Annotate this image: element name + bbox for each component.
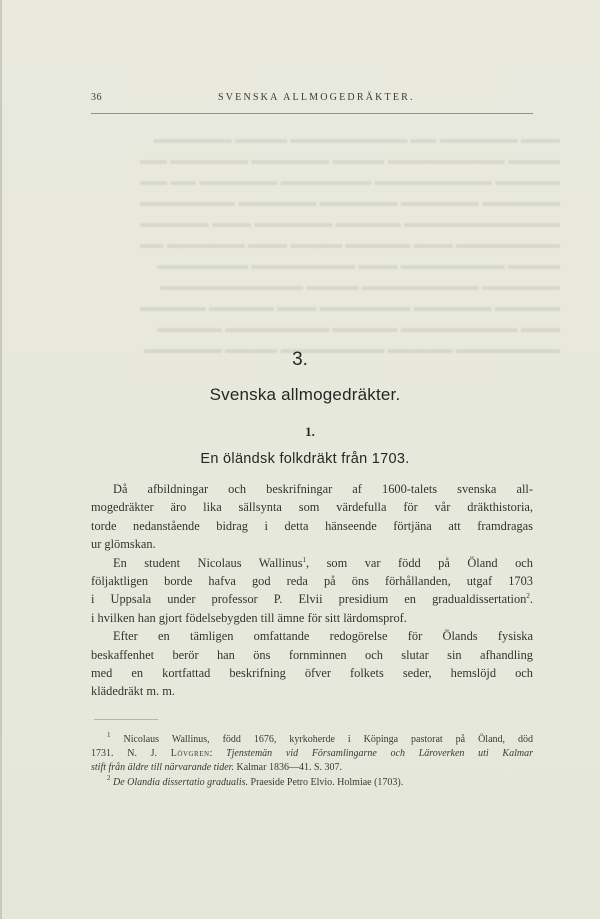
- chapter-title: Svenska allmogedräkter.: [0, 385, 600, 405]
- text-fragment: .: [530, 592, 533, 606]
- section-number: 1.: [0, 424, 600, 440]
- text-line: En student Nicolaus Wallinus1, som var f…: [91, 554, 533, 572]
- text-line: Då afbildningar och beskrifningar af 160…: [91, 480, 533, 498]
- text-line: i Uppsala under professor P. Elvii presi…: [91, 590, 533, 608]
- text-fragment: En student Nicolaus Wallinus: [113, 556, 303, 570]
- footnote-2-line: 2 De Olandia dissertatio gradualis. Prae…: [91, 776, 533, 790]
- footnote-text: Praeside Petro Elvio. Holmiae (1703).: [248, 777, 403, 788]
- footnote-dissertation-title: De Olandia dissertatio gradualis.: [113, 777, 248, 788]
- footnote-book-title: stift från äldre till närvarande tider.: [91, 762, 234, 773]
- text-line: beskaffenhet berör han öns fornminnen oc…: [91, 646, 533, 664]
- footnote-1-line: 1731. N. J. Lövgren: Tjenstemän vid Förs…: [91, 747, 533, 761]
- running-title: SVENSKA ALLMOGEDRÄKTER.: [218, 92, 415, 103]
- page-number: 36: [91, 92, 102, 103]
- footnote-text: Nicolaus Wallinus, född 1676, kyrkoherde…: [123, 734, 533, 745]
- footnote-1-line: 1 Nicolaus Wallinus, född 1676, kyrkoher…: [91, 733, 533, 747]
- footnote-text: :: [210, 748, 227, 759]
- footnote-text: 1731. N. J.: [91, 748, 171, 759]
- header-rule: [91, 113, 533, 114]
- body-text: Då afbildningar och beskrifningar af 160…: [91, 480, 533, 701]
- paragraph-3: Efter en tämligen omfattande redogörelse…: [91, 627, 533, 701]
- text-line: i hvilken han gjort födelsebygden till ä…: [91, 609, 533, 627]
- footnotes: 1 Nicolaus Wallinus, född 1676, kyrkoher…: [91, 733, 533, 790]
- footnote-rule: [94, 719, 158, 720]
- bleed-through-texture: ▬▬▬ ▬▬▬▬▬▬ ▬▬ ▬▬▬▬▬▬▬▬▬ ▬▬▬▬ ▬▬▬▬▬▬ ▬▬▬▬…: [140, 128, 560, 359]
- footnote-marker-1: 1: [107, 731, 111, 739]
- text-line: torde nedanstående bidrag i detta hänsee…: [91, 517, 533, 535]
- footnote-1-line: stift från äldre till närvarande tider. …: [91, 761, 533, 775]
- footnote-author: Lövgren: [171, 748, 210, 759]
- footnote-marker-2: 2: [107, 774, 111, 782]
- document-page: ▬▬▬ ▬▬▬▬▬▬ ▬▬ ▬▬▬▬▬▬▬▬▬ ▬▬▬▬ ▬▬▬▬▬▬ ▬▬▬▬…: [0, 0, 600, 919]
- text-line: följaktligen borde hafva god reda på öns…: [91, 572, 533, 590]
- paragraph-2: En student Nicolaus Wallinus1, som var f…: [91, 554, 533, 628]
- chapter-number: 3.: [0, 349, 600, 371]
- footnote-text: Kalmar 1836—41. S. 307.: [234, 762, 342, 773]
- text-line: ur glömskan.: [91, 535, 533, 553]
- text-line: klädedräkt m. m.: [91, 682, 533, 700]
- text-line: Efter en tämligen omfattande redogörelse…: [91, 627, 533, 645]
- text-fragment: , som var född på Öland och: [306, 556, 533, 570]
- text-line: med en kortfattad beskrifning öfver folk…: [91, 664, 533, 682]
- running-head: 36 SVENSKA ALLMOGEDRÄKTER.: [91, 92, 551, 108]
- section-title: En öländsk folkdräkt från 1703.: [0, 451, 600, 467]
- paragraph-1: Då afbildningar och beskrifningar af 160…: [91, 480, 533, 554]
- footnote-book-title: Tjenstemän vid Församlingarne och Lärove…: [226, 748, 533, 759]
- text-line: mogedräkter äro lika sällsynta som värde…: [91, 498, 533, 516]
- text-fragment: i Uppsala under professor P. Elvii presi…: [91, 592, 526, 606]
